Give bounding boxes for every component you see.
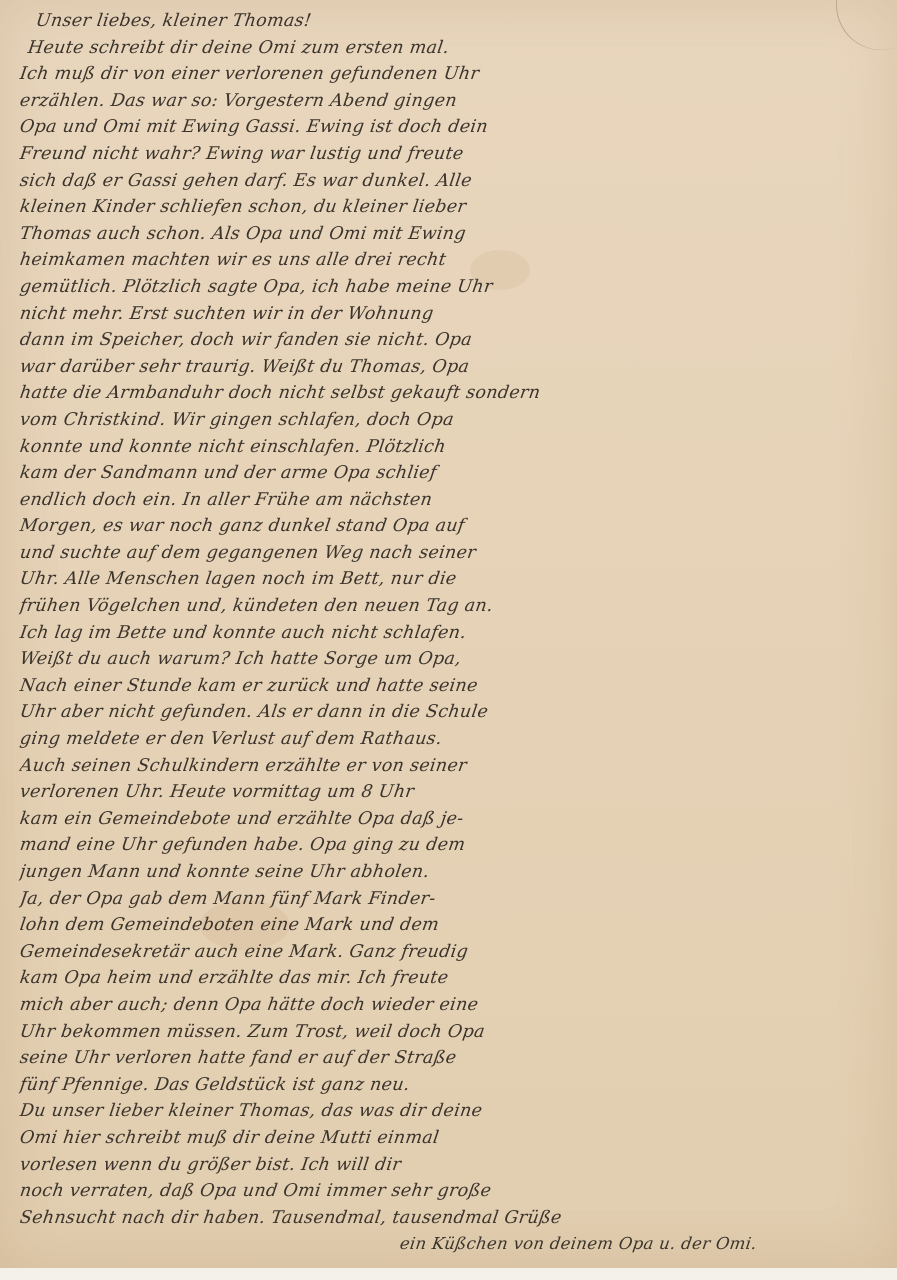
letter-line: hatte die Armbanduhr doch nicht selbst g…: [18, 380, 890, 407]
letter-line: verlorenen Uhr. Heute vormittag um 8 Uhr: [18, 779, 890, 806]
letter-line: und suchte auf dem gegangenen Weg nach s…: [18, 540, 890, 567]
letter-line: kleinen Kinder schliefen schon, du klein…: [18, 194, 890, 221]
letter-line: Uhr aber nicht gefunden. Als er dann in …: [18, 699, 890, 726]
letter-line: Gemeindesekretär auch eine Mark. Ganz fr…: [18, 939, 890, 966]
letter-line: frühen Vögelchen und, kündeten den neuen…: [18, 593, 890, 620]
letter-line: Omi hier schreibt muß dir deine Mutti ei…: [18, 1125, 890, 1152]
letter-line: vom Christkind. Wir gingen schlafen, doc…: [18, 407, 890, 434]
letter-line: Heute schreibt dir deine Omi zum ersten …: [18, 35, 890, 62]
letter-paper: Unser liebes, kleiner Thomas! Heute schr…: [0, 0, 897, 1268]
letter-line: war darüber sehr traurig. Weißt du Thoma…: [18, 354, 890, 381]
letter-line: erzählen. Das war so: Vorgestern Abend g…: [18, 88, 890, 115]
letter-line: Du unser lieber kleiner Thomas, das was …: [18, 1098, 890, 1125]
letter-line: Freund nicht wahr? Ewing war lustig und …: [18, 141, 890, 168]
letter-line: dann im Speicher, doch wir fanden sie ni…: [18, 327, 890, 354]
letter-line: ging meldete er den Verlust auf dem Rath…: [18, 726, 890, 753]
letter-line: kam Opa heim und erzählte das mir. Ich f…: [18, 965, 890, 992]
letter-line: Uhr. Alle Menschen lagen noch im Bett, n…: [18, 566, 890, 593]
letter-line: jungen Mann und konnte seine Uhr abholen…: [18, 859, 890, 886]
letter-line: endlich doch ein. In aller Frühe am näch…: [18, 487, 890, 514]
letter-line: Uhr bekommen müssen. Zum Trost, weil doc…: [18, 1019, 890, 1046]
letter-line: Nach einer Stunde kam er zurück und hatt…: [18, 673, 890, 700]
letter-line: noch verraten, daß Opa und Omi immer seh…: [18, 1178, 890, 1205]
letter-line: nicht mehr. Erst suchten wir in der Wohn…: [18, 301, 890, 328]
letter-line: Ich lag im Bette und konnte auch nicht s…: [18, 620, 890, 647]
letter-line: Auch seinen Schulkindern erzählte er von…: [18, 753, 890, 780]
letter-line: Morgen, es war noch ganz dunkel stand Op…: [18, 513, 890, 540]
letter-signature: ein Küßchen von deinem Opa u. der Omi.: [18, 1231, 890, 1258]
letter-line: gemütlich. Plötzlich sagte Opa, ich habe…: [18, 274, 890, 301]
letter-greeting: Unser liebes, kleiner Thomas!: [18, 8, 890, 35]
letter-line: vorlesen wenn du größer bist. Ich will d…: [18, 1152, 890, 1179]
letter-line: Opa und Omi mit Ewing Gassi. Ewing ist d…: [18, 114, 890, 141]
letter-line: lohn dem Gemeindeboten eine Mark und dem: [18, 912, 890, 939]
letter-line: mand eine Uhr gefunden habe. Opa ging zu…: [18, 832, 890, 859]
letter-line: mich aber auch; denn Opa hätte doch wied…: [18, 992, 890, 1019]
letter-line: fünf Pfennige. Das Geldstück ist ganz ne…: [18, 1072, 890, 1099]
letter-line: heimkamen machten wir es uns alle drei r…: [18, 247, 890, 274]
letter-body: Unser liebes, kleiner Thomas! Heute schr…: [18, 8, 886, 1258]
letter-line: kam ein Gemeindebote und erzählte Opa da…: [18, 806, 890, 833]
letter-line: konnte und konnte nicht einschlafen. Plö…: [18, 434, 890, 461]
letter-line: Thomas auch schon. Als Opa und Omi mit E…: [18, 221, 890, 248]
letter-line: seine Uhr verloren hatte fand er auf der…: [18, 1045, 890, 1072]
letter-line: Ja, der Opa gab dem Mann fünf Mark Finde…: [18, 886, 890, 913]
letter-line: Weißt du auch warum? Ich hatte Sorge um …: [18, 646, 890, 673]
letter-line: Sehnsucht nach dir haben. Tausendmal, ta…: [18, 1205, 890, 1232]
letter-line: sich daß er Gassi gehen darf. Es war dun…: [18, 168, 890, 195]
letter-line: kam der Sandmann und der arme Opa schlie…: [18, 460, 890, 487]
letter-line: Ich muß dir von einer verlorenen gefunde…: [18, 61, 890, 88]
